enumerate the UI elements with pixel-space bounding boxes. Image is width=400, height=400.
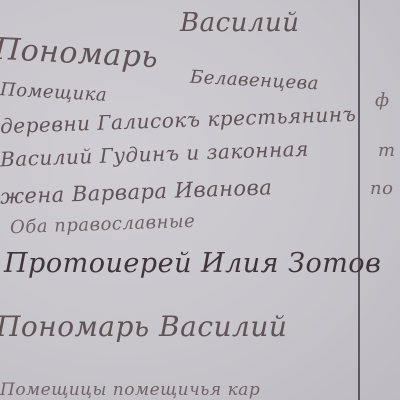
margin-fragment-1: ф [375, 90, 390, 111]
margin-fragment-2: т [378, 140, 396, 161]
text-line-9: Помещицы помещичья кар [0, 380, 260, 400]
margin-fragment-3: по [370, 178, 393, 199]
text-line-1-right: Василий [180, 8, 299, 38]
column-rule [358, 0, 360, 400]
text-line-8: Пономарь Василий [0, 310, 287, 343]
text-line-7: Протоиерей Илия Зотов [4, 248, 381, 279]
